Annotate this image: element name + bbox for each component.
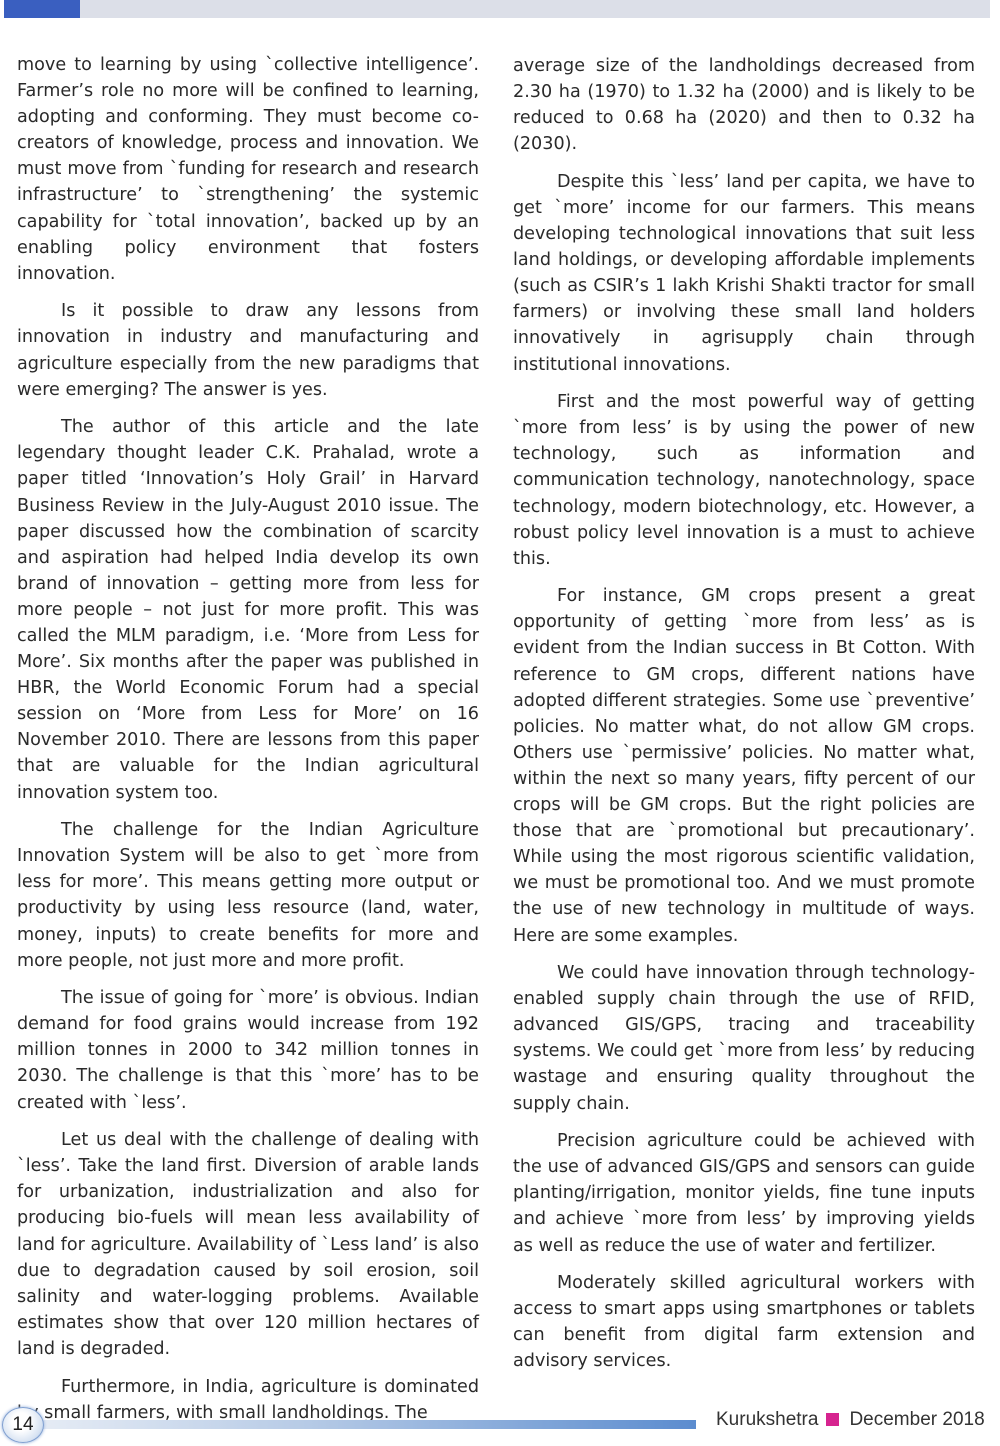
page-footer: 14 KurukshetraDecember 2018: [0, 1405, 1000, 1445]
paragraph: move to learning by using `collective in…: [17, 52, 479, 287]
issue-date: December 2018: [849, 1409, 984, 1430]
header-accent-block: [4, 0, 80, 18]
footer-gradient-bar: [40, 1420, 696, 1429]
paragraph: Let us deal with the challenge of dealin…: [17, 1127, 479, 1362]
paragraph: The author of this article and the late …: [17, 414, 479, 805]
publication-name: Kurukshetra: [716, 1409, 818, 1430]
paragraph: The issue of going for `more’ is obvious…: [17, 985, 479, 1115]
paragraph: For instance, GM crops present a great o…: [513, 583, 975, 948]
footer-publication-info: KurukshetraDecember 2018: [716, 1409, 985, 1431]
paragraph: Precision agriculture could be achieved …: [513, 1128, 975, 1258]
paragraph: Despite this `less’ land per capita, we …: [513, 169, 975, 378]
paragraph: Moderately skilled agricultural workers …: [513, 1270, 975, 1374]
paragraph: First and the most powerful way of getti…: [513, 389, 975, 572]
paragraph: Is it possible to draw any lessons from …: [17, 298, 479, 402]
separator-square-icon: [826, 1413, 839, 1426]
paragraph: The challenge for the Indian Agriculture…: [17, 817, 479, 974]
page-number-badge: 14: [2, 1407, 44, 1443]
left-column: move to learning by using `collective in…: [17, 52, 479, 1437]
paragraph: We could have innovation through technol…: [513, 960, 975, 1117]
right-column: average size of the landholdings decreas…: [513, 53, 975, 1386]
header-bar: [4, 0, 990, 18]
paragraph: average size of the landholdings decreas…: [513, 53, 975, 157]
